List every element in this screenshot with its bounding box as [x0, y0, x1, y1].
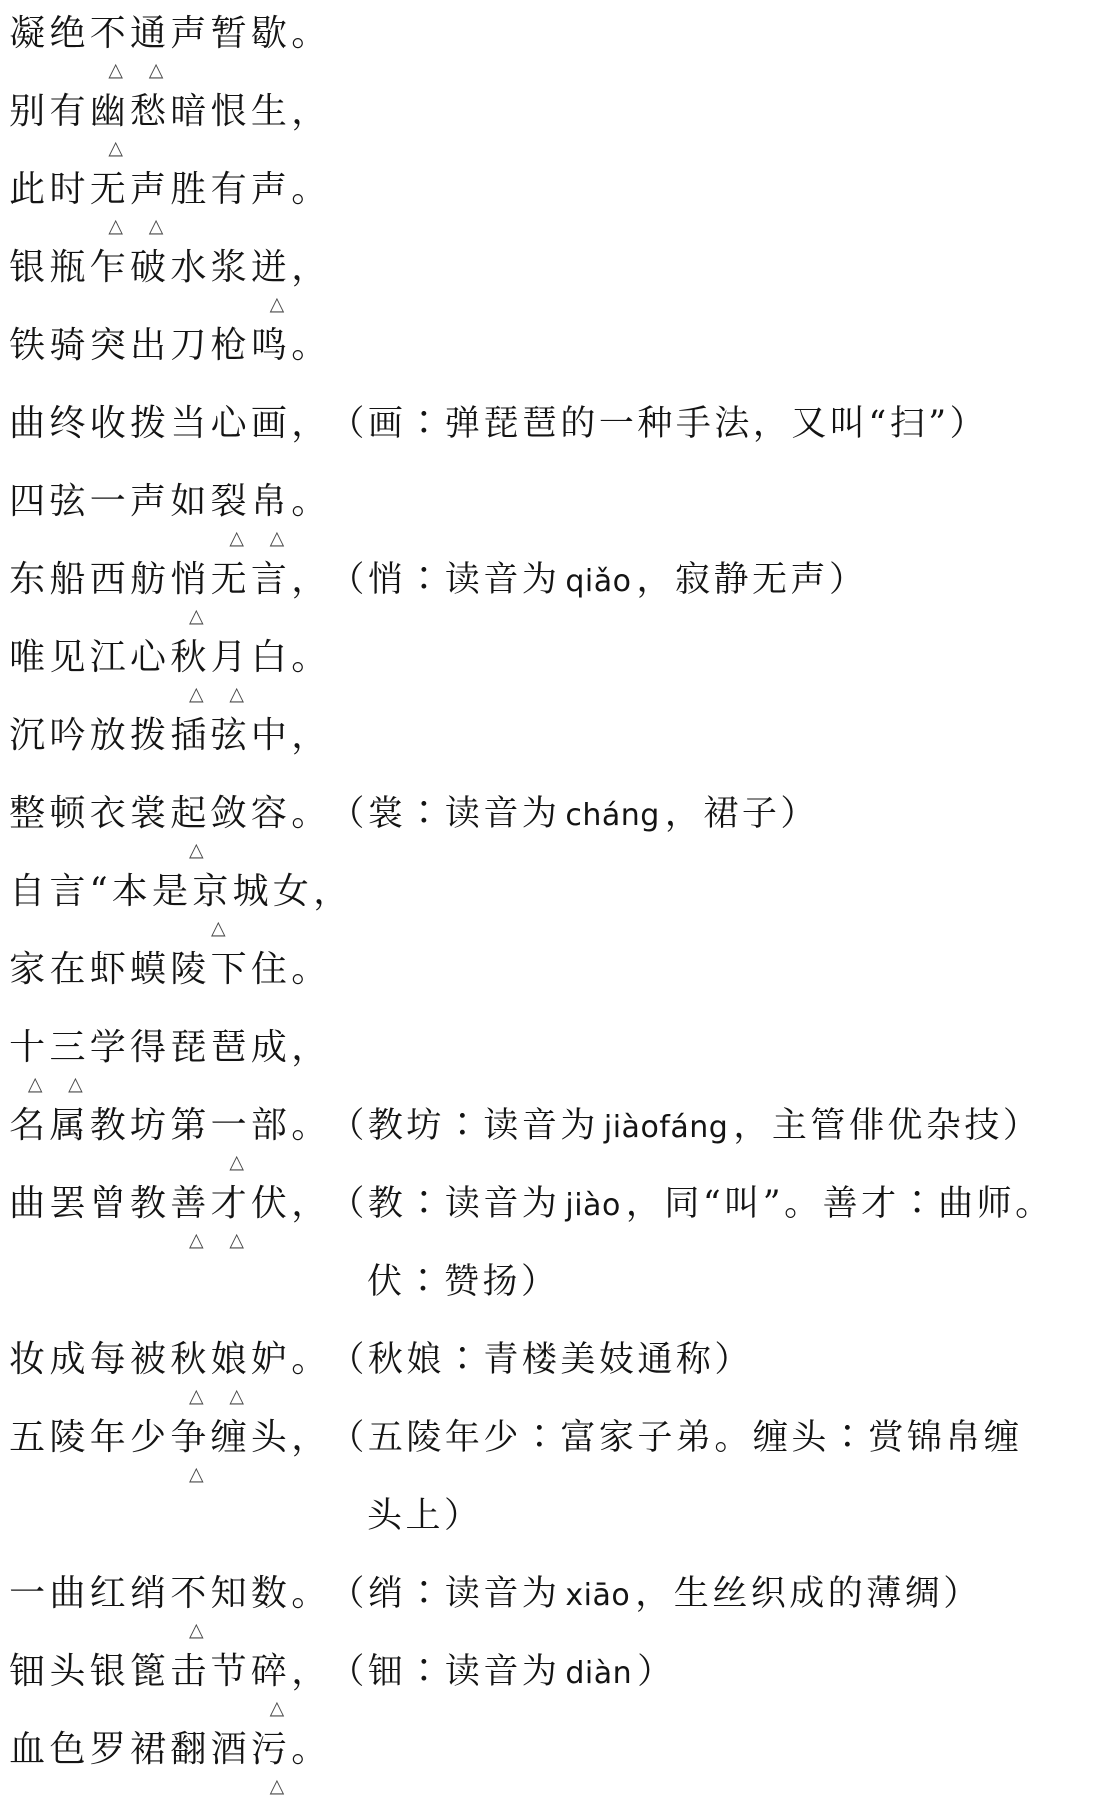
- verse-char: 虾: [88, 946, 128, 994]
- marker-space: [96, 1698, 136, 1720]
- marker-space: [257, 1620, 297, 1642]
- verse-char: 伏: [249, 1180, 289, 1228]
- verse-char: 水: [168, 244, 208, 292]
- marker-space: [96, 450, 136, 472]
- verse-char: 骑: [47, 322, 87, 370]
- marker-space: [297, 684, 337, 706]
- verse-char: 女: [271, 868, 311, 916]
- verse-char: 言: [249, 556, 289, 604]
- verse-char: 。: [289, 478, 329, 526]
- verse-text: 唯见江心秋月白。: [7, 634, 329, 682]
- marks-row: [15, 762, 337, 788]
- marker-space: [55, 450, 95, 472]
- triangle-marker: △: [257, 1776, 297, 1798]
- verse-char: ，: [311, 868, 351, 916]
- marker-space: [176, 216, 216, 238]
- marker-space: [297, 1620, 337, 1642]
- verse-char: 幽: [88, 88, 128, 136]
- marker-space: [216, 762, 256, 784]
- verse-line: 钿头银篦击节碎，（钿∶读音为diàn）: [7, 1648, 1096, 1698]
- triangle-marker: △: [176, 840, 216, 862]
- marks-row: [15, 372, 337, 398]
- poem-row: 钿头银篦击节碎，（钿∶读音为diàn） △: [7, 1648, 1096, 1726]
- marker-space: [96, 528, 136, 550]
- verse-char: 银: [88, 1648, 128, 1696]
- verse-char: 。: [289, 322, 329, 370]
- verse-line: 伏∶赞扬）: [7, 1258, 1096, 1308]
- verse-char: 翻: [168, 1726, 208, 1774]
- marker-space: [257, 1386, 297, 1408]
- marker-space: [257, 1152, 297, 1174]
- pinyin-text: cháng: [565, 798, 659, 833]
- marker-space: [297, 216, 337, 238]
- marker-space: [216, 1464, 256, 1486]
- poem-row: 唯见江心秋月白。 △△: [7, 634, 1096, 712]
- marker-space: [136, 1698, 176, 1720]
- annotation-segment: （钿∶读音为: [329, 1652, 560, 1692]
- verse-char: 少: [128, 1414, 168, 1462]
- verse-char: 唯: [7, 634, 47, 682]
- verse-char: 红: [88, 1570, 128, 1618]
- marks-row: △: [15, 918, 359, 944]
- verse-char: 无: [88, 166, 128, 214]
- verse-char: 拨: [128, 712, 168, 760]
- poem-row: 铁骑突出刀枪鸣。: [7, 322, 1096, 400]
- pinyin-text: xiāo: [565, 1578, 630, 1613]
- triangle-marker: △: [216, 1152, 256, 1174]
- verse-text: 整顿衣裳起敛容。: [7, 790, 329, 838]
- annotation-segment: （绡∶读音为: [329, 1574, 560, 1614]
- triangle-marker: △: [136, 216, 176, 238]
- verse-text: 铁骑突出刀枪鸣。: [7, 322, 329, 370]
- verse-line: 整顿衣裳起敛容。（裳∶读音为cháng，裙子）: [7, 790, 1096, 840]
- verse-char: 在: [47, 946, 87, 994]
- poem-row: 四弦一声如裂帛。 △△: [7, 478, 1096, 556]
- verse-line: 一曲红绡不知数。（绡∶读音为xiāo，生丝织成的薄绸）: [7, 1570, 1096, 1620]
- verse-char: 白: [249, 634, 289, 682]
- verse-char: 裙: [128, 1726, 168, 1774]
- verse-char: 。: [289, 10, 329, 58]
- verse-char: 容: [249, 790, 289, 838]
- verse-char: 一: [88, 478, 128, 526]
- poem-row: 银瓶乍破水浆迸， △: [7, 244, 1096, 322]
- marker-space: [55, 762, 95, 784]
- verse-char: 吟: [47, 712, 87, 760]
- verse-char: 罗: [88, 1726, 128, 1774]
- marker-space: [96, 1776, 136, 1798]
- verse-char: 下: [208, 946, 248, 994]
- annotation-segment: （悄∶读音为: [329, 560, 560, 600]
- verse-line: 此时无声胜有声。: [7, 166, 1096, 216]
- verse-char: 西: [88, 556, 128, 604]
- verse-text: 自言“本是京城女，: [7, 868, 351, 916]
- marker-space: [297, 1464, 337, 1486]
- verse-char: 曾: [88, 1180, 128, 1228]
- marker-space: [15, 762, 55, 784]
- marker-space: [96, 372, 136, 394]
- marker-space: [15, 1464, 55, 1486]
- annotation-segment: ，裙子）: [665, 794, 819, 834]
- verse-char: 被: [128, 1336, 168, 1384]
- verse-line: 十三学得琵琶成，: [7, 1024, 1096, 1074]
- marker-space: [96, 762, 136, 784]
- verse-line: 银瓶乍破水浆迸，: [7, 244, 1096, 294]
- verse-text: 钿头银篦击节碎，: [7, 1648, 329, 1696]
- verse-char: 恨: [208, 88, 248, 136]
- verse-text: 名属教坊第一部。: [7, 1102, 329, 1150]
- marker-space: [257, 840, 297, 862]
- marker-space: [55, 918, 95, 940]
- marker-space: [297, 138, 337, 160]
- marker-space: [96, 840, 136, 862]
- verse-text: 凝绝不通声暂歇。: [7, 10, 329, 58]
- triangle-marker: △: [216, 528, 256, 550]
- verse-char: 争: [168, 1414, 208, 1462]
- verse-char: 酒: [208, 1726, 248, 1774]
- annotation-segment: 头上）: [367, 1496, 483, 1536]
- marker-space: [96, 1464, 136, 1486]
- triangle-marker: △: [216, 1386, 256, 1408]
- marker-space: [176, 1776, 216, 1798]
- marker-space: [257, 450, 297, 472]
- poem-row: 凝绝不通声暂歇。 △△: [7, 10, 1096, 88]
- marker-space: [297, 1152, 337, 1174]
- verse-char: 每: [88, 1336, 128, 1384]
- verse-char: 。: [289, 1570, 329, 1618]
- marker-space: [96, 996, 136, 1018]
- marker-space: [55, 606, 95, 628]
- verse-char: ，: [289, 244, 329, 292]
- poem-row: 血色罗裙翻酒污。 △: [7, 1726, 1096, 1804]
- marker-space: [136, 1074, 176, 1096]
- marker-space: [96, 1074, 136, 1096]
- verse-char: 秋: [168, 1336, 208, 1384]
- pinyin-text: diàn: [565, 1656, 632, 1691]
- marker-space: [216, 372, 256, 394]
- verse-char: 成: [249, 1024, 289, 1072]
- verse-text: 妆成每被秋娘妒。: [7, 1336, 329, 1384]
- verse-char: 船: [47, 556, 87, 604]
- marker-space: [238, 918, 278, 940]
- marker-space: [96, 294, 136, 316]
- annotation-text: （秋娘∶青楼美妓通称）: [329, 1336, 753, 1384]
- poem-row: 此时无声胜有声。 △△: [7, 166, 1096, 244]
- verse-char: 暂: [208, 10, 248, 58]
- verse-char: 秋: [168, 634, 208, 682]
- verse-char: 妆: [7, 1336, 47, 1384]
- marker-space: [297, 762, 337, 784]
- marker-space: [136, 996, 176, 1018]
- verse-char: 无: [208, 556, 248, 604]
- verse-char: 舫: [128, 556, 168, 604]
- verse-char: 五: [7, 1414, 47, 1462]
- marks-row: △: [15, 1152, 337, 1178]
- marks-row: △: [15, 1698, 337, 1724]
- marker-space: [15, 1698, 55, 1720]
- marker-space: [297, 372, 337, 394]
- verse-char: 有: [208, 166, 248, 214]
- verse-text: 曲终收拨当心画，: [7, 400, 329, 448]
- verse-text: 一曲红绡不知数。: [7, 1570, 329, 1618]
- marker-space: [55, 1464, 95, 1486]
- marker-space: [257, 138, 297, 160]
- marker-space: [257, 372, 297, 394]
- verse-char: 鸣: [249, 322, 289, 370]
- poem-row: 头上）: [7, 1492, 1096, 1570]
- verse-char: 蟆: [128, 946, 168, 994]
- annotation-segment: 伏∶赞扬）: [367, 1262, 560, 1302]
- verse-char: 沉: [7, 712, 47, 760]
- verse-char: 刀: [168, 322, 208, 370]
- triangle-marker: △: [96, 138, 136, 160]
- marker-space: [15, 528, 55, 550]
- verse-text: 家在虾蟆陵下住。: [7, 946, 329, 994]
- verse-line: 别有幽愁暗恨生，: [7, 88, 1096, 138]
- verse-char: 东: [7, 556, 47, 604]
- annotation-segment: ，主管俳优杂技）: [733, 1106, 1041, 1146]
- verse-char: 曲: [47, 1570, 87, 1618]
- verse-char: 年: [88, 1414, 128, 1462]
- verse-text: 十三学得琵琶成，: [7, 1024, 329, 1072]
- verse-char: 家: [7, 946, 47, 994]
- marker-space: [257, 1464, 297, 1486]
- marker-space: [55, 684, 95, 706]
- triangle-marker: △: [55, 1074, 95, 1096]
- verse-char: 别: [7, 88, 47, 136]
- marker-space: [297, 996, 337, 1018]
- marker-space: [216, 1698, 256, 1720]
- verse-char: 曲: [7, 1180, 47, 1228]
- triangle-marker: △: [176, 606, 216, 628]
- verse-char: 放: [88, 712, 128, 760]
- marker-space: [15, 840, 55, 862]
- marker-space: [216, 840, 256, 862]
- verse-char: 善: [168, 1180, 208, 1228]
- marker-space: [176, 372, 216, 394]
- poem-row: 沉吟放拨插弦中，: [7, 712, 1096, 790]
- marker-space: [176, 138, 216, 160]
- marker-space: [297, 606, 337, 628]
- marker-space: [297, 1698, 337, 1720]
- verse-char: 见: [47, 634, 87, 682]
- marker-space: [176, 996, 216, 1018]
- verse-char: 当: [168, 400, 208, 448]
- poem-row: 一曲红绡不知数。（绡∶读音为xiāo，生丝织成的薄绸） △: [7, 1570, 1096, 1648]
- poem-row: 十三学得琵琶成， △△: [7, 1024, 1096, 1102]
- verse-char: 。: [289, 634, 329, 682]
- verse-char: 枪: [208, 322, 248, 370]
- verse-char: 名: [7, 1102, 47, 1150]
- verse-line: 东船西舫悄无言，（悄∶读音为qiǎo，寂静无声）: [7, 556, 1096, 606]
- verse-line: 唯见江心秋月白。: [7, 634, 1096, 684]
- verse-char: ，: [289, 556, 329, 604]
- verse-char: 乍: [88, 244, 128, 292]
- marker-space: [216, 216, 256, 238]
- marker-space: [216, 138, 256, 160]
- marker-space: [55, 1152, 95, 1174]
- marker-space: [136, 762, 176, 784]
- marker-space: [257, 1230, 297, 1252]
- poem-row: 自言“本是京城女， △: [7, 868, 1096, 946]
- marker-space: [136, 1464, 176, 1486]
- marker-space: [136, 684, 176, 706]
- marker-space: [55, 1386, 95, 1408]
- verse-char: 得: [128, 1024, 168, 1072]
- triangle-marker: △: [257, 294, 297, 316]
- marker-space: [279, 918, 319, 940]
- marker-space: [176, 294, 216, 316]
- marker-space: [136, 1776, 176, 1798]
- verse-char: 铁: [7, 322, 47, 370]
- verse-char: ，: [289, 88, 329, 136]
- verse-char: 妒: [249, 1336, 289, 1384]
- verse-char: 弦: [208, 712, 248, 760]
- verse-char: 坊: [128, 1102, 168, 1150]
- marker-space: [55, 294, 95, 316]
- marker-space: [158, 918, 198, 940]
- marker-space: [136, 606, 176, 628]
- verse-char: 裳: [128, 790, 168, 838]
- verse-line: 凝绝不通声暂歇。: [7, 10, 1096, 60]
- marker-space: [176, 762, 216, 784]
- marker-space: [15, 1152, 55, 1174]
- verse-char: 头: [47, 1648, 87, 1696]
- verse-text: 银瓶乍破水浆迸，: [7, 244, 329, 292]
- verse-char: 帛: [249, 478, 289, 526]
- marker-space: [216, 996, 256, 1018]
- marker-space: [176, 1074, 216, 1096]
- verse-char: 时: [47, 166, 87, 214]
- triangle-marker: △: [216, 684, 256, 706]
- annotation-text: （绡∶读音为xiāo，生丝织成的薄绸）: [329, 1570, 981, 1620]
- marker-space: [96, 1230, 136, 1252]
- verse-char: 曲: [7, 400, 47, 448]
- marker-space: [55, 1776, 95, 1798]
- verse-char: 琵: [168, 1024, 208, 1072]
- marker-space: [96, 684, 136, 706]
- marks-row: △△: [15, 60, 337, 86]
- marks-row: △: [15, 1620, 337, 1646]
- verse-line: 曲罢曾教善才伏，（教∶读音为jiào，同“叫”。善才∶曲师。: [7, 1180, 1096, 1230]
- verse-char: 拨: [128, 400, 168, 448]
- annotation-segment: ，同“叫”。善才∶曲师。: [626, 1184, 1054, 1224]
- verse-char: 声: [168, 10, 208, 58]
- verse-char: 绡: [128, 1570, 168, 1618]
- poem-row: 名属教坊第一部。（教坊∶读音为jiàofáng，主管俳优杂技） △: [7, 1102, 1096, 1180]
- verse-char: 。: [289, 946, 329, 994]
- verse-char: 自: [7, 868, 47, 916]
- marker-space: [297, 840, 337, 862]
- annotation-text: （裳∶读音为cháng，裙子）: [329, 790, 818, 840]
- verse-char: 。: [289, 1726, 329, 1774]
- marker-space: [136, 1230, 176, 1252]
- verse-char: 一: [208, 1102, 248, 1150]
- marker-space: [176, 528, 216, 550]
- verse-char: 胜: [168, 166, 208, 214]
- marks-row: △△: [15, 528, 337, 554]
- annotation-segment: （五陵年少∶富家子弟。缠头∶赏锦帛缠: [329, 1418, 1022, 1458]
- annotation-segment: （教∶读音为: [329, 1184, 560, 1224]
- marker-space: [15, 684, 55, 706]
- verse-line: 沉吟放拨插弦中，: [7, 712, 1096, 762]
- marker-space: [176, 450, 216, 472]
- verse-line: 家在虾蟆陵下住。: [7, 946, 1096, 996]
- verse-char: ，: [289, 400, 329, 448]
- marker-space: [136, 1386, 176, 1408]
- annotation-text: 头上）: [367, 1492, 483, 1540]
- marks-row: △: [15, 1464, 337, 1490]
- marks-row: △△: [15, 216, 337, 242]
- marker-space: [216, 606, 256, 628]
- triangle-marker: △: [198, 918, 238, 940]
- verse-char: 击: [168, 1648, 208, 1696]
- marker-space: [257, 684, 297, 706]
- poem-row: 曲终收拨当心画，（画∶弹琵琶的一种手法，又叫“扫”）: [7, 400, 1096, 478]
- marker-space: [55, 138, 95, 160]
- marker-space: [176, 1152, 216, 1174]
- verse-text: 沉吟放拨插弦中，: [7, 712, 329, 760]
- verse-char: 才: [208, 1180, 248, 1228]
- verse-text: 此时无声胜有声。: [7, 166, 329, 214]
- marker-space: [96, 1386, 136, 1408]
- verse-char: 十: [7, 1024, 47, 1072]
- verse-char: 数: [249, 1570, 289, 1618]
- poem-row: 东船西舫悄无言，（悄∶读音为qiǎo，寂静无声） △: [7, 556, 1096, 634]
- marks-row: [15, 996, 337, 1022]
- marker-space: [15, 1230, 55, 1252]
- verse-line: 四弦一声如裂帛。: [7, 478, 1096, 528]
- marker-space: [15, 1776, 55, 1798]
- verse-char: 不: [88, 10, 128, 58]
- poem-body: 凝绝不通声暂歇。 △△ 别有幽愁暗恨生， △ 此时无声胜有声。 △△ 银瓶乍破水…: [7, 10, 1096, 1804]
- marker-space: [297, 1074, 337, 1096]
- verse-line: 头上）: [7, 1492, 1096, 1542]
- marker-space: [55, 1230, 95, 1252]
- verse-char: 第: [168, 1102, 208, 1150]
- marker-space: [257, 216, 297, 238]
- verse-char: 浆: [208, 244, 248, 292]
- verse-char: 突: [88, 322, 128, 370]
- verse-line: 自言“本是京城女，: [7, 868, 1096, 918]
- verse-char: 声: [249, 166, 289, 214]
- verse-char: 住: [249, 946, 289, 994]
- verse-text: 四弦一声如裂帛。: [7, 478, 329, 526]
- pinyin-text: jiào: [565, 1188, 620, 1223]
- annotation-segment: （裳∶读音为: [329, 794, 560, 834]
- marker-space: [257, 762, 297, 784]
- poem-page: 凝绝不通声暂歇。 △△ 别有幽愁暗恨生， △ 此时无声胜有声。 △△ 银瓶乍破水…: [0, 0, 1096, 1798]
- marks-row: △: [15, 840, 337, 866]
- marker-space: [15, 1620, 55, 1642]
- marker-space: [15, 918, 55, 940]
- verse-char: 插: [168, 712, 208, 760]
- verse-char: 银: [7, 244, 47, 292]
- annotation-segment: （教坊∶读音为: [329, 1106, 599, 1146]
- verse-char: 起: [168, 790, 208, 838]
- marker-space: [15, 1386, 55, 1408]
- poem-row: 妆成每被秋娘妒。（秋娘∶青楼美妓通称） △△: [7, 1336, 1096, 1414]
- verse-char: 一: [7, 1570, 47, 1618]
- triangle-marker: △: [15, 1074, 55, 1096]
- annotation-text: （钿∶读音为diàn）: [329, 1648, 675, 1698]
- verse-char: 敛: [208, 790, 248, 838]
- verse-char: 衣: [88, 790, 128, 838]
- verse-char: 四: [7, 478, 47, 526]
- marks-row: △: [15, 294, 337, 320]
- triangle-marker: △: [96, 60, 136, 82]
- poem-row: 五陵年少争缠头，（五陵年少∶富家子弟。缠头∶赏锦帛缠 △: [7, 1414, 1096, 1492]
- verse-char: 篦: [128, 1648, 168, 1696]
